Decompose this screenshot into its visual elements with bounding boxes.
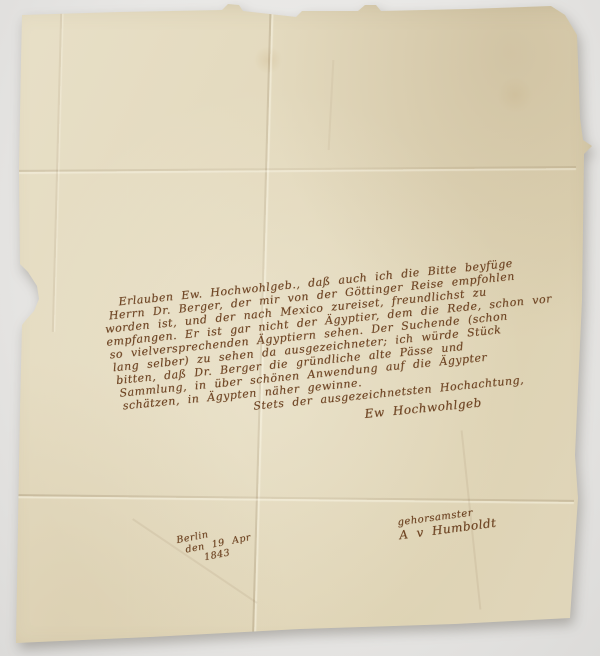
signature-block: gehorsamster A v Humboldt xyxy=(397,504,497,543)
letter-body: Erlauben Ew. Hochwohlgeb., daß auch ich … xyxy=(102,250,594,445)
dateline-block: Berlin den 19 Apr 1843 xyxy=(176,521,254,567)
photo-backdrop: Erlauben Ew. Hochwohlgeb., daß auch ich … xyxy=(0,0,600,656)
lower-horizontal-fold-crease xyxy=(16,494,574,502)
paper-wrinkle xyxy=(328,60,334,150)
paper-wrinkle xyxy=(52,12,62,332)
upper-horizontal-fold-crease xyxy=(16,166,576,172)
letter-paper-shadow: Erlauben Ew. Hochwohlgeb., daß auch ich … xyxy=(0,0,600,656)
letter-paper: Erlauben Ew. Hochwohlgeb., daß auch ich … xyxy=(0,0,600,656)
